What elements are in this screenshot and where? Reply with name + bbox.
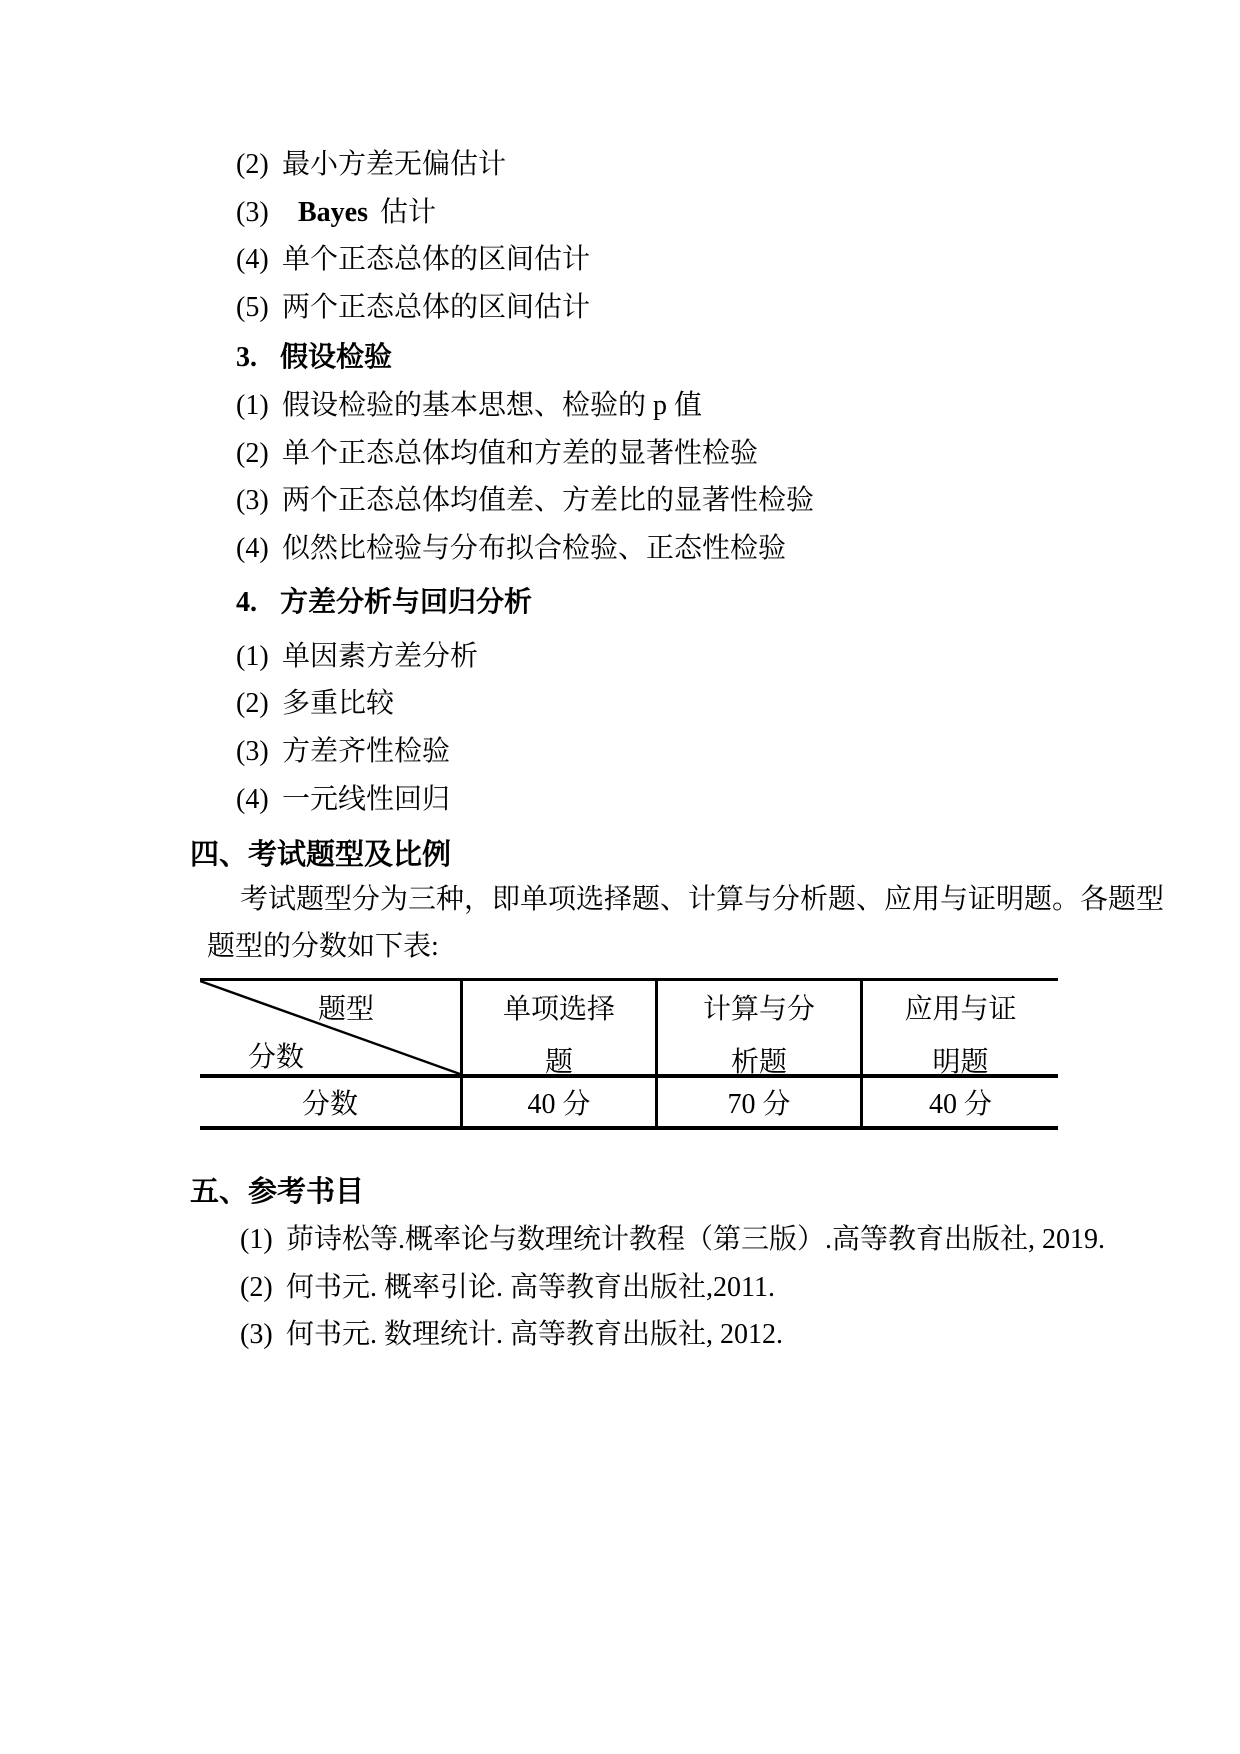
- item-number: (3): [236, 484, 282, 518]
- table-value-apply-proof: 40 分: [860, 1078, 1058, 1126]
- reference-item: (1) 茆诗松等.概率论与数理统计教程（第三版）.高等教育出版社, 2019.: [240, 1223, 1105, 1257]
- corner-label-score: 分数: [248, 1035, 304, 1075]
- reference-text: 何书元. 数理统计. 高等教育出版社, 2012.: [286, 1318, 783, 1352]
- table-header-single-choice: 单项选择 题: [460, 981, 655, 1078]
- item-text-latin: Bayes: [298, 196, 368, 230]
- list-item: (4) 一元线性回归: [236, 783, 450, 817]
- list-item: (5) 两个正态总体的区间估计: [236, 291, 590, 325]
- item-text: 一元线性回归: [282, 783, 450, 817]
- item-number: (4): [236, 783, 282, 817]
- item-number: (1): [236, 640, 282, 674]
- item-number: (2): [236, 687, 282, 721]
- heading-reference-books: 五、参考书目: [190, 1175, 364, 1209]
- reference-number: (1): [240, 1223, 286, 1257]
- item-text: 估计: [380, 196, 436, 230]
- table-header-apply-proof: 应用与证 明题: [860, 981, 1058, 1078]
- corner-label-question-type: 题型: [318, 987, 374, 1027]
- list-item: (3) 两个正态总体均值差、方差比的显著性检验: [236, 484, 814, 518]
- score-table: 题型 分数 单项选择 题 计算与分 析题 应用与证 明题 分数 40 分 70 …: [200, 978, 1058, 1130]
- item-text: 最小方差无偏估计: [282, 148, 506, 182]
- list-item: (1) 假设检验的基本思想、检验的 p 值: [236, 389, 702, 423]
- item-number: (1): [236, 389, 282, 423]
- section-title: 假设检验: [280, 341, 392, 375]
- table-value-single-choice: 40 分: [460, 1078, 655, 1126]
- paragraph-line: 考试题型分为三种，即单项选择题、计算与分析题、应用与证明题。各题型: [240, 883, 1164, 917]
- item-number: (5): [236, 291, 282, 325]
- item-number: (3): [236, 196, 282, 230]
- header-line: 计算与分: [703, 987, 815, 1027]
- item-text: 假设检验的基本思想、检验的 p 值: [282, 389, 702, 423]
- header-line: 应用与证: [904, 987, 1016, 1027]
- header-line: 题: [545, 1040, 573, 1080]
- table-value-calc-analysis: 70 分: [655, 1078, 860, 1126]
- table-row-label: 分数: [200, 1078, 460, 1126]
- list-item: (3) 方差齐性检验: [236, 735, 450, 769]
- reference-item: (3) 何书元. 数理统计. 高等教育出版社, 2012.: [240, 1318, 783, 1352]
- list-item: (2) 单个正态总体均值和方差的显著性检验: [236, 437, 758, 471]
- header-line: 明题: [932, 1040, 988, 1080]
- reference-number: (3): [240, 1318, 286, 1352]
- list-item: (3) Bayes 估计: [236, 196, 436, 230]
- reference-item: (2) 何书元. 概率引论. 高等教育出版社,2011.: [240, 1271, 775, 1305]
- section-number: 4.: [236, 586, 280, 620]
- item-text: 两个正态总体均值差、方差比的显著性检验: [282, 484, 814, 518]
- item-text: 似然比检验与分布拟合检验、正态性检验: [282, 532, 786, 566]
- section-heading-4: 4. 方差分析与回归分析: [236, 586, 532, 620]
- reference-text: 何书元. 概率引论. 高等教育出版社,2011.: [286, 1271, 775, 1305]
- header-line: 单项选择: [503, 987, 615, 1027]
- table-corner-cell: 题型 分数: [200, 981, 460, 1078]
- item-text: 单个正态总体均值和方差的显著性检验: [282, 437, 758, 471]
- table-header-calc-analysis: 计算与分 析题: [655, 981, 860, 1078]
- section-number: 3.: [236, 341, 280, 375]
- item-number: (4): [236, 243, 282, 277]
- item-text: 单因素方差分析: [282, 640, 478, 674]
- item-text: 方差齐性检验: [282, 735, 450, 769]
- item-number: (2): [236, 148, 282, 182]
- list-item: (2) 多重比较: [236, 687, 394, 721]
- paragraph-line: 题型的分数如下表:: [207, 930, 439, 964]
- item-number: (4): [236, 532, 282, 566]
- list-item: (2) 最小方差无偏估计: [236, 148, 506, 182]
- list-item: (4) 似然比检验与分布拟合检验、正态性检验: [236, 532, 786, 566]
- reference-text: 茆诗松等.概率论与数理统计教程（第三版）.高等教育出版社, 2019.: [286, 1223, 1105, 1257]
- reference-number: (2): [240, 1271, 286, 1305]
- document-page: (2) 最小方差无偏估计 (3) Bayes 估计 (4) 单个正态总体的区间估…: [0, 0, 1240, 1754]
- item-text: 多重比较: [282, 687, 394, 721]
- item-text: 两个正态总体的区间估计: [282, 291, 590, 325]
- list-item: (1) 单因素方差分析: [236, 640, 478, 674]
- list-item: (4) 单个正态总体的区间估计: [236, 243, 590, 277]
- item-text: 单个正态总体的区间估计: [282, 243, 590, 277]
- item-number: (3): [236, 735, 282, 769]
- section-title: 方差分析与回归分析: [280, 586, 532, 620]
- section-heading-3: 3. 假设检验: [236, 341, 392, 375]
- header-line: 析题: [731, 1040, 787, 1080]
- heading-exam-question-types: 四、考试题型及比例: [190, 838, 451, 872]
- item-number: (2): [236, 437, 282, 471]
